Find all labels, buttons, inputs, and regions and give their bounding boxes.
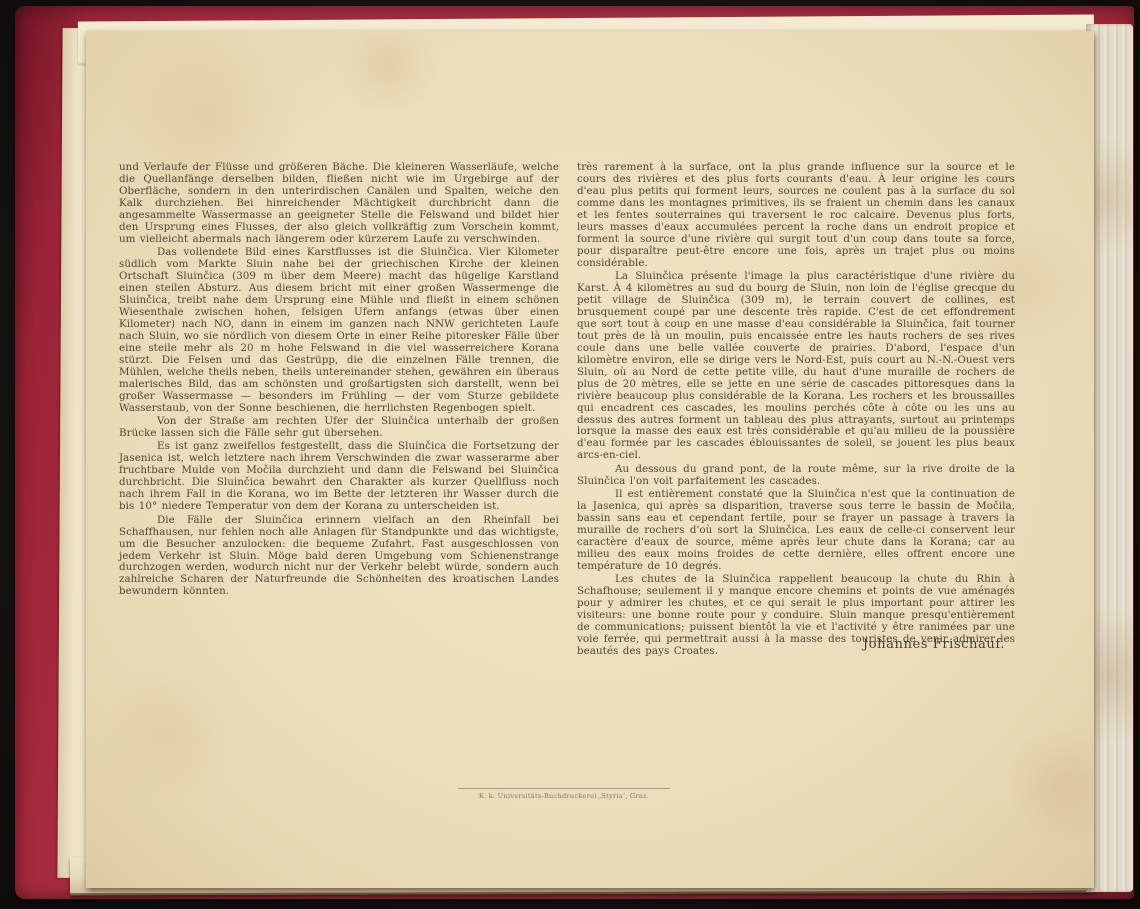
paragraph: Au dessous du grand pont, de la route mê… xyxy=(577,464,1015,488)
paragraph: Es ist ganz zweifellos festgestellt, das… xyxy=(119,441,559,513)
paragraph: Il est entièrement constaté que la Sluin… xyxy=(577,489,1015,573)
paragraph: und Verlaufe der Flüsse und größeren Bäc… xyxy=(119,162,559,246)
paragraph: La Sluinčica présente l'image la plus ca… xyxy=(577,271,1015,462)
printer-imprint: K. k. Universitäts-Buchdruckerei ‚Styria… xyxy=(458,788,670,800)
paragraph: Von der Straße am rechten Ufer der Sluin… xyxy=(119,416,559,440)
text-column-german: und Verlaufe der Flüsse und größeren Bäc… xyxy=(119,162,559,600)
book-page: und Verlaufe der Flüsse und größeren Bäc… xyxy=(86,31,1094,888)
text-column-french: très rarement à la surface, ont la plus … xyxy=(577,162,1015,660)
paragraph: Das vollendete Bild eines Karstflusses i… xyxy=(119,247,559,414)
author-signature: Johannes Frischauf. xyxy=(577,637,1019,652)
paragraph: Die Fälle der Sluinčica erinnern vielfac… xyxy=(119,515,559,599)
paragraph: très rarement à la surface, ont la plus … xyxy=(577,162,1015,270)
